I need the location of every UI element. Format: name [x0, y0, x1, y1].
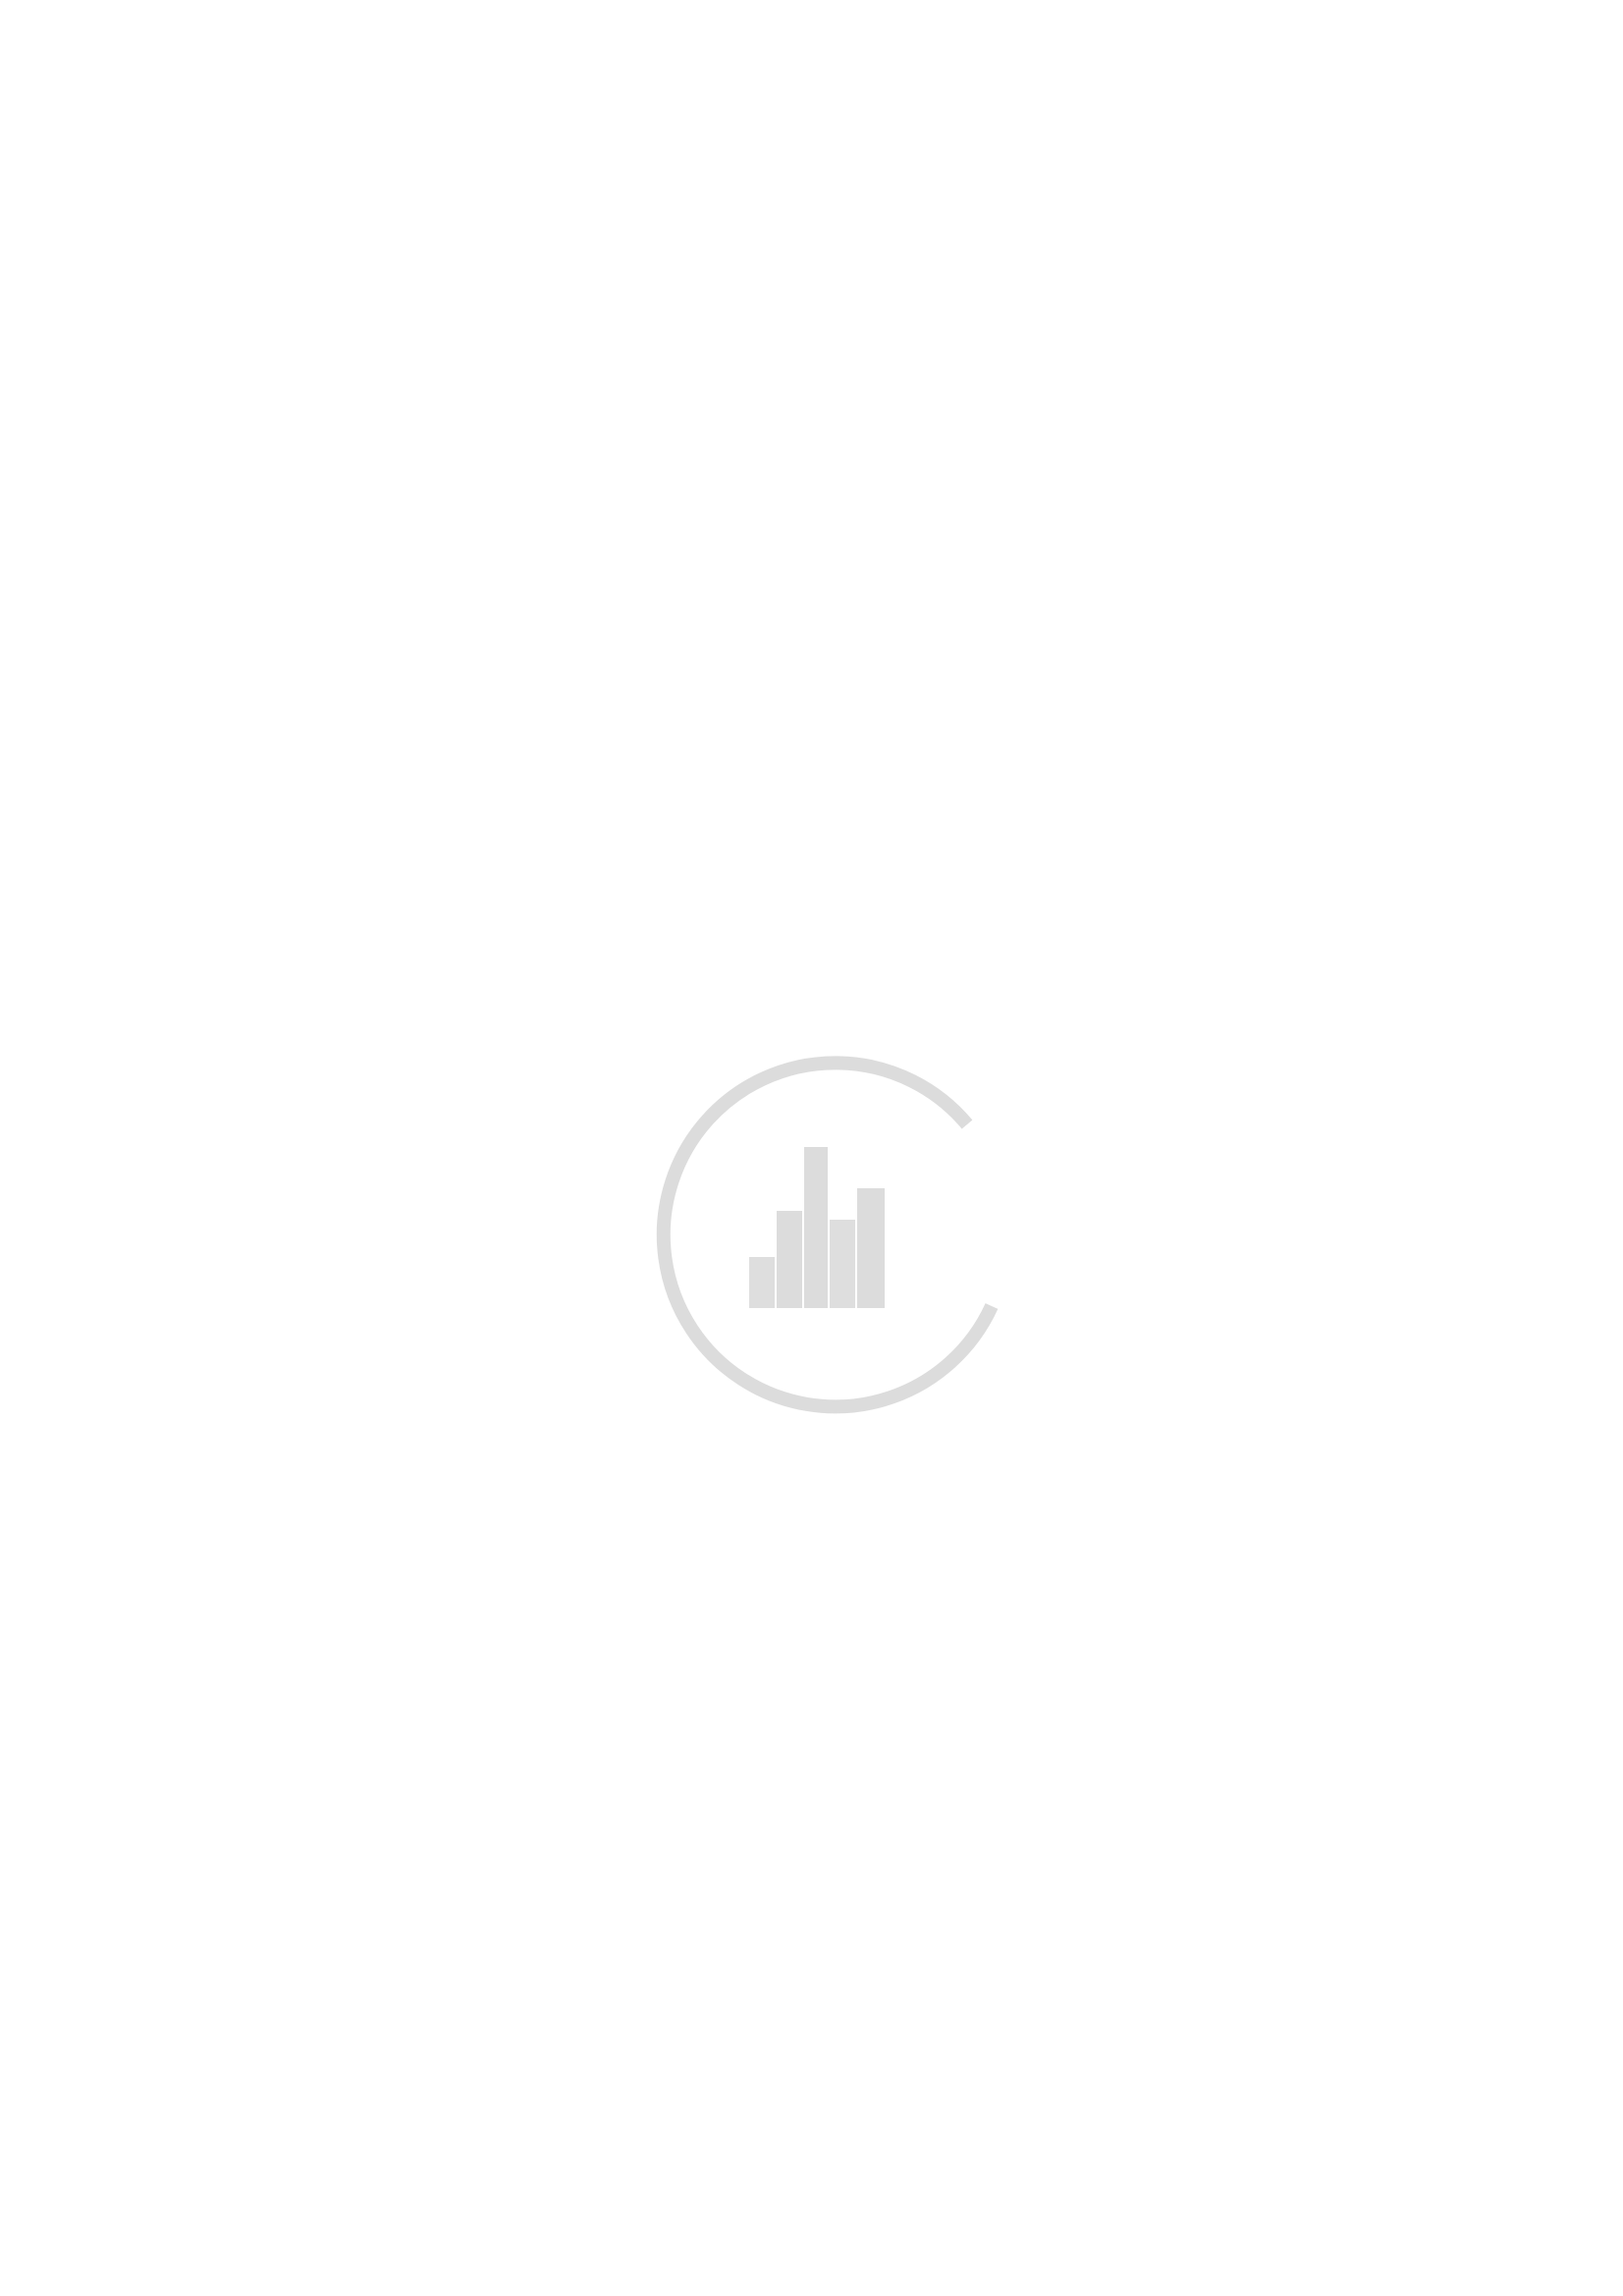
document-body [0, 0, 1623, 2296]
document-page [0, 0, 1623, 2296]
